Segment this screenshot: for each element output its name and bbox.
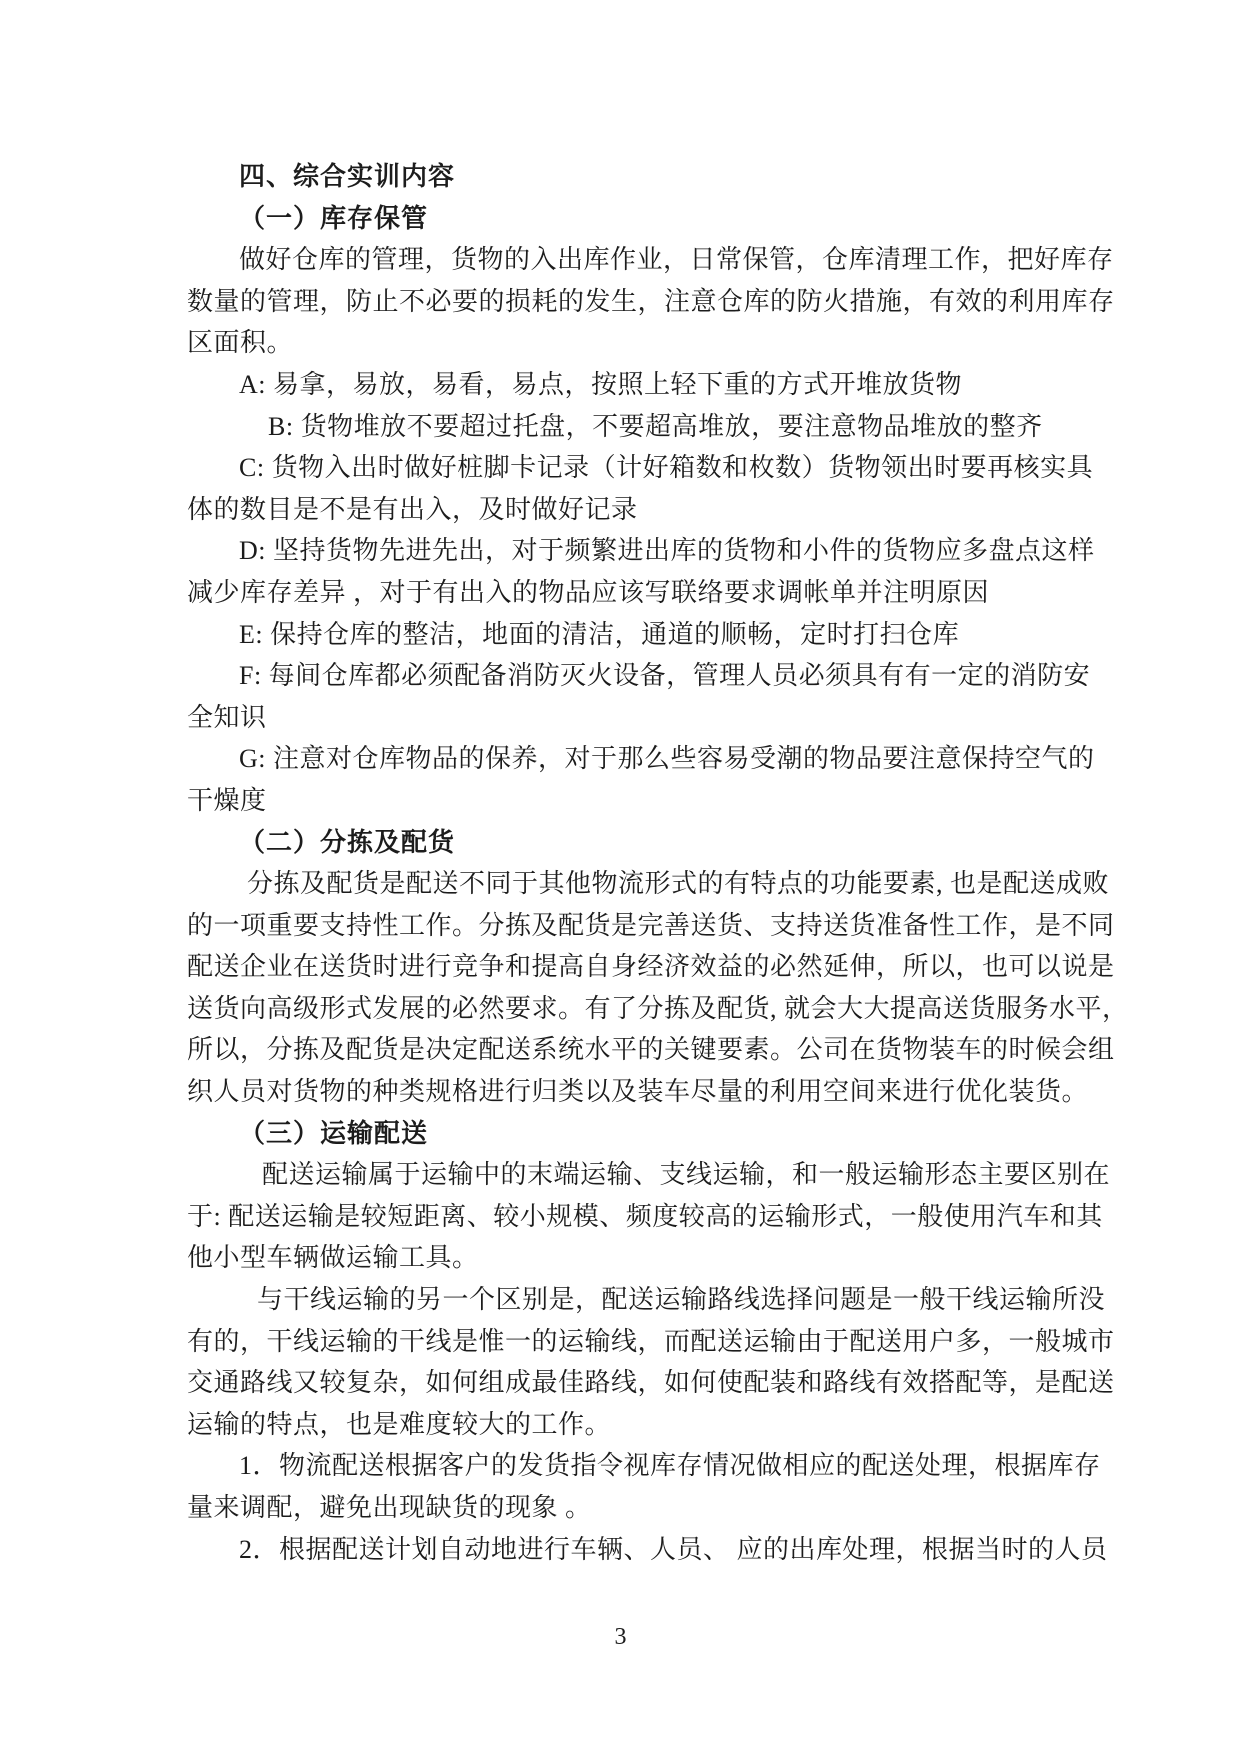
text-line: C: 货物入出时做好桩脚卡记录（计好箱数和枚数）货物领出时要再核实具 [187, 447, 1053, 489]
document-page: 四、综合实训内容（一）库存保管做好仓库的管理，货物的入出库作业，日常保管，仓库清… [0, 0, 1241, 1754]
page-number: 3 [0, 1622, 1241, 1652]
text-line: 配送运输属于运输中的末端运输、支线运输，和一般运输形态主要区别在 [187, 1154, 1053, 1196]
text-line: B: 货物堆放不要超过托盘，不要超高堆放，要注意物品堆放的整齐 [187, 406, 1053, 448]
text-line: 织人员对货物的种类规格进行归类以及装车尽量的利用空间来进行优化装货。 [187, 1071, 1053, 1113]
text-line: 减少库存差异 ，对于有出入的物品应该写联络要求调帐单并注明原因 [187, 572, 1053, 614]
section-heading: 四、综合实训内容 [187, 156, 1053, 198]
text-line: 配送企业在送货时进行竞争和提高自身经济效益的必然延伸，所以，也可以说是 [187, 946, 1053, 988]
text-line: 区面积。 [187, 322, 1053, 364]
text-line: 体的数目是不是有出入，及时做好记录 [187, 489, 1053, 531]
text-line: 干燥度 [187, 780, 1053, 822]
document-body: 四、综合实训内容（一）库存保管做好仓库的管理，货物的入出库作业，日常保管，仓库清… [187, 156, 1053, 1570]
text-line: 量来调配，避免出现缺货的现象 。 [187, 1487, 1053, 1529]
text-line: E: 保持仓库的整洁，地面的清洁，通道的顺畅，定时打扫仓库 [187, 614, 1053, 656]
text-line: 他小型车辆做运输工具。 [187, 1237, 1053, 1279]
text-line: 所以，分拣及配货是决定配送系统水平的关键要素。公司在货物装车的时候会组 [187, 1029, 1053, 1071]
text-line: 送货向高级形式发展的必然要求。有了分拣及配货, 就会大大提高送货服务水平， [187, 988, 1053, 1030]
text-line: D: 坚持货物先进先出，对于频繁进出库的货物和小件的货物应多盘点这样 [187, 530, 1053, 572]
text-line: F: 每间仓库都必须配备消防灭火设备，管理人员必须具有有一定的消防安 [187, 655, 1053, 697]
text-line: 的一项重要支持性工作。分拣及配货是完善送货、支持送货准备性工作，是不同 [187, 905, 1053, 947]
text-line: 1．物流配送根据客户的发货指令视库存情况做相应的配送处理，根据库存 [187, 1445, 1053, 1487]
text-line: 运输的特点，也是难度较大的工作。 [187, 1404, 1053, 1446]
text-line: 有的，干线运输的干线是惟一的运输线，而配送运输由于配送用户多，一般城市 [187, 1321, 1053, 1363]
text-line: 2．根据配送计划自动地进行车辆、人员、 应的出库处理，根据当时的人员 [187, 1529, 1053, 1571]
section-heading: （一）库存保管 [187, 198, 1053, 240]
section-heading: （二）分拣及配货 [187, 822, 1053, 864]
text-line: G: 注意对仓库物品的保养，对于那么些容易受潮的物品要注意保持空气的 [187, 738, 1053, 780]
text-line: A: 易拿，易放，易看，易点，按照上轻下重的方式开堆放货物 [187, 364, 1053, 406]
text-line: 交通路线又较复杂，如何组成最佳路线，如何使配装和路线有效搭配等，是配送 [187, 1362, 1053, 1404]
text-line: 分拣及配货是配送不同于其他物流形式的有特点的功能要素, 也是配送成败 [187, 863, 1053, 905]
text-line: 数量的管理，防止不必要的损耗的发生，注意仓库的防火措施，有效的利用库存 [187, 281, 1053, 323]
text-line: 于: 配送运输是较短距离、较小规模、频度较高的运输形式，一般使用汽车和其 [187, 1196, 1053, 1238]
text-line: 做好仓库的管理，货物的入出库作业，日常保管，仓库清理工作，把好库存 [187, 239, 1053, 281]
text-line: 与干线运输的另一个区别是，配送运输路线选择问题是一般干线运输所没 [187, 1279, 1053, 1321]
section-heading: （三）运输配送 [187, 1113, 1053, 1155]
text-line: 全知识 [187, 697, 1053, 739]
